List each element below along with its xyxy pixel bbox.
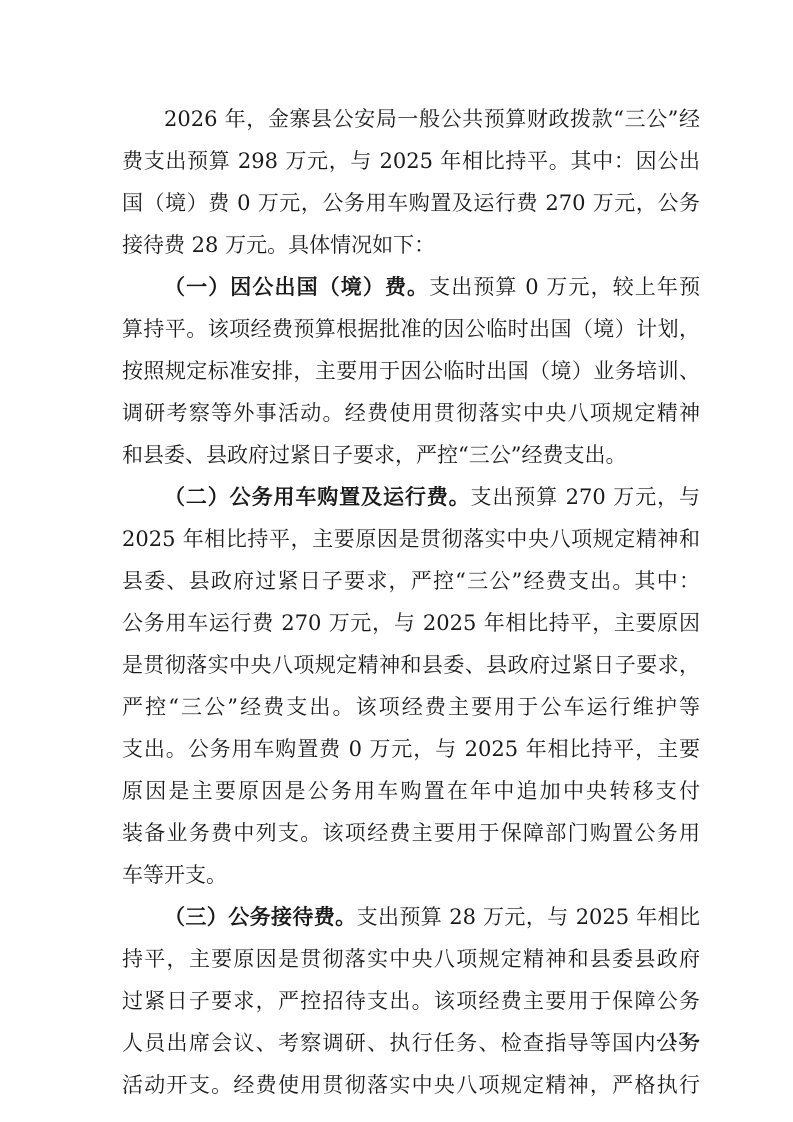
section-text: 支出预算 0 万元，较上年预 bbox=[429, 275, 700, 299]
text-line: 支出。公务用车购置费 0 万元，与 2025 年相比持平，主要 bbox=[122, 728, 700, 770]
text-line: 车等开支。 bbox=[122, 854, 700, 896]
section-text: 支出预算 270 万元，与 bbox=[471, 485, 700, 509]
text-line: 原因是主要原因是公务用车购置在年中追加中央转移支付 bbox=[122, 770, 700, 812]
text-line: 公务用车运行费 270 万元，与 2025 年相比持平，主要原因 bbox=[122, 602, 700, 644]
text-line: 人员出席会议、考察调研、执行任务、检查指导等国内公务 bbox=[122, 1022, 700, 1064]
text-line: 活动开支。经费使用贯彻落实中央八项规定精神，严格执行 bbox=[122, 1064, 700, 1106]
text-line: 费支出预算 298 万元，与 2025 年相比持平。其中：因公出 bbox=[122, 140, 700, 182]
text-line: 持平，主要原因是贯彻落实中央八项规定精神和县委县政府 bbox=[122, 938, 700, 980]
text-line: 调研考察等外事活动。经费使用贯彻落实中央八项规定精神 bbox=[122, 392, 700, 434]
text-line: （三）公务接待费。支出预算 28 万元，与 2025 年相比 bbox=[122, 896, 700, 938]
text-line: 2026 年，金寨县公安局一般公共预算财政拨款“三公”经 bbox=[122, 98, 700, 140]
section-heading: （三）公务接待费。 bbox=[164, 904, 357, 929]
intro-paragraph: 2026 年，金寨县公安局一般公共预算财政拨款“三公”经 费支出预算 298 万… bbox=[122, 98, 700, 266]
text-line: 是贯彻落实中央八项规定精神和县委、县政府过紧日子要求， bbox=[122, 644, 700, 686]
page-number: - 13 - bbox=[640, 1030, 700, 1050]
section-heading: （一）因公出国（境）费。 bbox=[164, 274, 429, 299]
text-line: 严控“三公”经费支出。该项经费主要用于公车运行维护等 bbox=[122, 686, 700, 728]
document-page: 2026 年，金寨县公安局一般公共预算财政拨款“三公”经 费支出预算 298 万… bbox=[122, 98, 700, 1106]
section-heading: （二）公务用车购置及运行费。 bbox=[164, 484, 471, 509]
text-line: 和县委、县政府过紧日子要求，严控“三公”经费支出。 bbox=[122, 434, 700, 476]
text-line: 过紧日子要求，严控招待支出。该项经费主要用于保障公务 bbox=[122, 980, 700, 1022]
text-line: 国（境）费 0 万元，公务用车购置及运行费 270 万元，公务 bbox=[122, 182, 700, 224]
text-line: （二）公务用车购置及运行费。支出预算 270 万元，与 bbox=[122, 476, 700, 518]
section-3-paragraph: （三）公务接待费。支出预算 28 万元，与 2025 年相比 持平，主要原因是贯… bbox=[122, 896, 700, 1106]
text-line: 接待费 28 万元。具体情况如下： bbox=[122, 224, 700, 266]
text-line: （一）因公出国（境）费。支出预算 0 万元，较上年预 bbox=[122, 266, 700, 308]
text-line: 按照规定标准安排，主要用于因公临时出国（境）业务培训、 bbox=[122, 350, 700, 392]
section-2-paragraph: （二）公务用车购置及运行费。支出预算 270 万元，与 2025 年相比持平，主… bbox=[122, 476, 700, 896]
text-line: 算持平。该项经费预算根据批准的因公临时出国（境）计划， bbox=[122, 308, 700, 350]
text-line: 装备业务费中列支。该项经费主要用于保障部门购置公务用 bbox=[122, 812, 700, 854]
text-line: 县委、县政府过紧日子要求，严控“三公”经费支出。其中： bbox=[122, 560, 700, 602]
section-1-paragraph: （一）因公出国（境）费。支出预算 0 万元，较上年预 算持平。该项经费预算根据批… bbox=[122, 266, 700, 476]
text-line: 2025 年相比持平，主要原因是贯彻落实中央八项规定精神和 bbox=[122, 518, 700, 560]
section-text: 支出预算 28 万元，与 2025 年相比 bbox=[357, 905, 700, 929]
